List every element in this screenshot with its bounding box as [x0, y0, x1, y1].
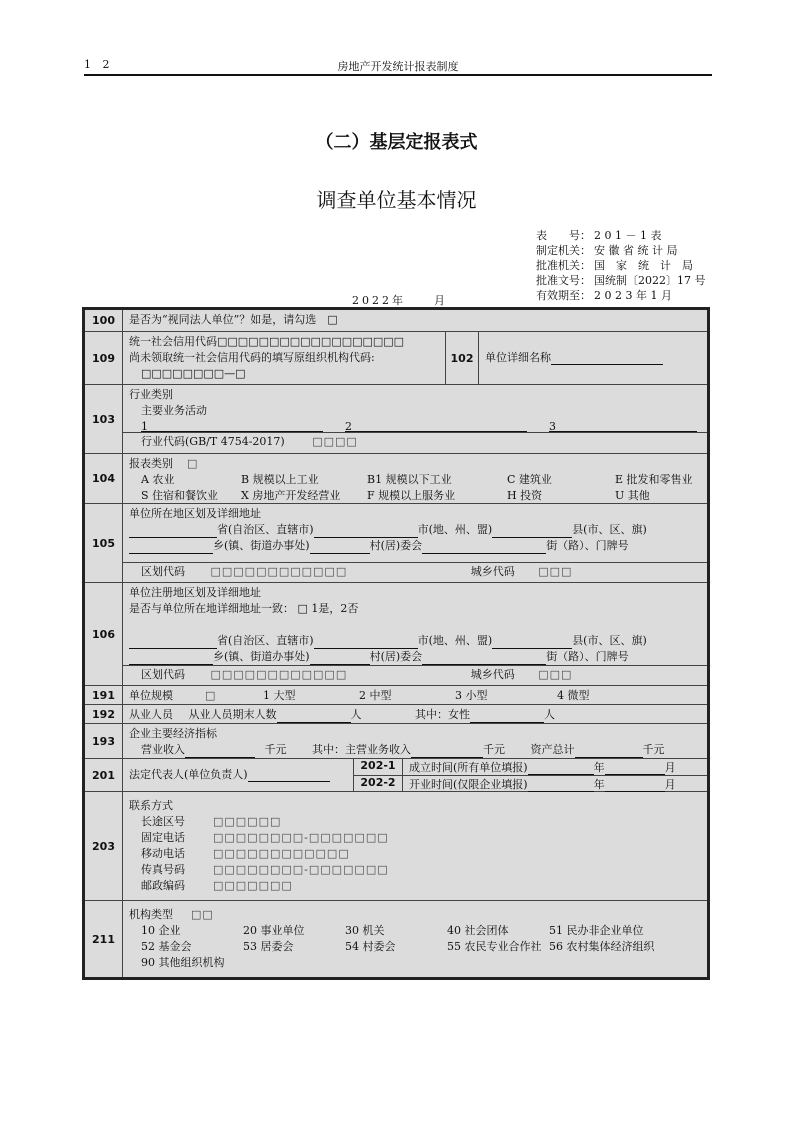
revenue-field[interactable] — [185, 745, 255, 758]
established-month-field[interactable] — [605, 762, 665, 775]
unit-scale-label: 单位规模 — [129, 688, 205, 702]
mobile-field[interactable]: □□□□□□□□□□□□ — [213, 847, 350, 860]
opening-label: 开业时间(仅限企业填报) — [409, 778, 528, 791]
street-label: 街（路）、门牌号 — [546, 650, 629, 663]
row-code: 211 — [85, 901, 123, 977]
report-type-option: U 其他 — [615, 488, 701, 504]
report-type-option: X 房地产开发经营业 — [241, 488, 367, 504]
unit-name-field[interactable] — [551, 352, 663, 365]
opening-month-field[interactable] — [605, 779, 665, 792]
section-title: （二）基层定报表式 — [0, 128, 793, 154]
row-203: 203 联系方式 长途区号□□□□□□ 固定电话□□□□□□□□-□□□□□□□… — [85, 792, 707, 901]
city-label: 市(地、州、盟) — [418, 634, 493, 647]
row-109: 109 统一社会信用代码□□□□□□□□□□□□□□□□□□ 尚未领取统一社会信… — [85, 332, 707, 385]
unit-scale-field[interactable]: □ — [205, 688, 263, 702]
report-date: 2022年 月 — [352, 292, 448, 308]
village-label: 村(居)委会 — [370, 650, 423, 663]
row-code: 109 — [85, 332, 123, 384]
year-label: 年 — [594, 778, 605, 791]
meta-issuer: 制定机关：安 徽 省 统 计 局 — [536, 243, 706, 258]
province-label: 省(自治区、直辖市) — [217, 523, 314, 536]
row-104: 104 报表类别□ A 农业 B 规模以上工业 B1 规模以下工业 C 建筑业 … — [85, 454, 707, 504]
org-code-field[interactable]: □□□□□□□□—□ — [129, 366, 439, 382]
long-distance-code-field[interactable]: □□□□□□ — [213, 815, 281, 828]
month-label: 月 — [665, 761, 676, 774]
meta-approval-no: 批准文号：国统制〔2022〕17 号 — [536, 273, 706, 288]
established-label: 成立时间(所有单位填报) — [409, 761, 528, 774]
legal-rep-field[interactable] — [248, 769, 330, 782]
location-title: 单位所在地区划及详细地址 — [129, 506, 701, 522]
county-label: 县(市、区、旗) — [572, 523, 647, 536]
row-code: 104 — [85, 454, 123, 503]
activity-1-field[interactable]: 1 — [141, 419, 323, 432]
year-label: 年 — [594, 761, 605, 774]
female-count-label: 其中：女性 — [415, 708, 470, 721]
org-type-option: 10 企业 — [141, 923, 243, 939]
row-105: 105 单位所在地区划及详细地址 省(自治区、直辖市)市(地、州、盟)县(市、区… — [85, 504, 707, 583]
legal-rep-label: 法定代表人(单位负责人) — [129, 767, 248, 783]
main-activity-label: 主要业务活动 — [129, 403, 701, 419]
area-code-label: 区划代码 — [141, 565, 185, 578]
economic-indicators-title: 企业主要经济指标 — [129, 726, 701, 742]
opening-year-field[interactable] — [528, 779, 594, 792]
row-211: 211 机构类型□□ 10 企业 20 事业单位 30 机关 40 社会团体 5… — [85, 901, 707, 977]
org-type-option: 40 社会团体 — [447, 923, 549, 939]
row-code: 193 — [85, 724, 123, 758]
org-type-option: 55 农民专业合作社 — [447, 939, 549, 955]
scale-option: 2 中型 — [359, 688, 455, 702]
survey-form-table: 100 是否为“视同法人单位”？如是，请勾选 □ 109 统一社会信用代码□□□… — [82, 307, 710, 980]
mobile-label: 移动电话 — [141, 846, 213, 862]
row-193: 193 企业主要经济指标 营业收入 千元 其中：主营业务收入千元 资产总计千元 — [85, 724, 707, 759]
row-code: 201 — [85, 759, 123, 791]
unit-label: 千元 — [265, 743, 287, 756]
employee-count-field[interactable] — [277, 710, 351, 723]
village-field[interactable] — [310, 541, 370, 554]
assets-label: 资产总计 — [531, 743, 575, 756]
row-code: 203 — [85, 792, 123, 900]
form-meta: 表 号：2 0 1 － 1 表 制定机关：安 徽 省 统 计 局 批准机关：国 … — [536, 228, 706, 303]
row-191: 191 单位规模 □ 1 大型 2 中型 3 小型 4 微型 — [85, 686, 707, 705]
row-code: 102 — [446, 332, 479, 384]
city-field[interactable] — [314, 525, 418, 538]
row-code: 192 — [85, 705, 123, 723]
county-label: 县(市、区、旗) — [572, 634, 647, 647]
meta-valid-until: 有效期至：2 0 2 3 年 1 月 — [536, 288, 706, 303]
contact-title: 联系方式 — [129, 798, 701, 814]
activity-3-field[interactable]: 3 — [549, 419, 697, 432]
meta-approver: 批准机关：国 家 统 计 局 — [536, 258, 706, 273]
org-type-option: 52 基金会 — [141, 939, 243, 955]
area-code-field[interactable]: □□□□□□□□□□□□ — [211, 565, 348, 578]
unit-label: 人 — [351, 708, 362, 721]
established-year-field[interactable] — [528, 762, 594, 775]
reg-urban-code-field[interactable]: □□□ — [538, 668, 572, 681]
org-type-option: 30 机关 — [345, 923, 447, 939]
page-header: 1 2 房地产开发统计报表制度 — [84, 58, 712, 76]
row-192: 192 从业人员 从业人员期末人数人 其中：女性人 — [85, 705, 707, 724]
row-code: 106 — [85, 583, 123, 685]
row-201: 201 法定代表人(单位负责人) 202-1 成立时间(所有单位填报)年月 20… — [85, 759, 707, 792]
reg-area-code-field[interactable]: □□□□□□□□□□□□ — [211, 668, 348, 681]
area-code-label: 区划代码 — [141, 668, 185, 681]
town-label: 乡(镇、街道办事处) — [213, 650, 310, 663]
row-code: 100 — [85, 310, 123, 331]
report-type-option: B 规模以上工业 — [241, 472, 367, 488]
fax-field[interactable]: □□□□□□□□-□□□□□□□ — [213, 863, 389, 876]
legal-unit-checkbox[interactable]: 是否为“视同法人单位”？如是，请勾选 □ — [123, 310, 707, 331]
meta-form-number: 表 号：2 0 1 － 1 表 — [536, 228, 706, 243]
report-type-option: A 农业 — [141, 472, 241, 488]
report-type-option: C 建筑业 — [507, 472, 615, 488]
village-label: 村(居)委会 — [370, 539, 423, 552]
urban-code-field[interactable]: □□□ — [538, 565, 572, 578]
province-label: 省(自治区、直辖市) — [217, 634, 314, 647]
street-label: 街（路）、门牌号 — [546, 539, 629, 552]
report-type-option: F 规模以上服务业 — [367, 488, 507, 504]
county-field[interactable] — [492, 525, 572, 538]
assets-field[interactable] — [575, 745, 643, 758]
report-type-option: E 批发和零售业 — [615, 472, 701, 488]
reg-city-field[interactable] — [314, 636, 418, 649]
female-count-field[interactable] — [470, 710, 544, 723]
unit-label: 人 — [544, 708, 555, 721]
registered-address-title: 单位注册地区划及详细地址 — [129, 585, 701, 601]
report-type-field[interactable]: □ — [187, 457, 198, 470]
activity-2-field[interactable]: 2 — [345, 419, 527, 432]
report-type-option: H 投资 — [507, 488, 615, 504]
credit-code-field[interactable]: 统一社会信用代码□□□□□□□□□□□□□□□□□□ — [129, 334, 439, 350]
reg-town-field[interactable] — [129, 652, 213, 665]
town-label: 乡(镇、街道办事处) — [213, 539, 310, 552]
org-type-option: 53 居委会 — [243, 939, 345, 955]
unit-name-label: 单位详细名称 — [485, 350, 551, 366]
reg-county-field[interactable] — [492, 636, 572, 649]
landline-field[interactable]: □□□□□□□□-□□□□□□□ — [213, 831, 389, 844]
row-106: 106 单位注册地区划及详细地址 是否与单位所在地详细地址一致： □ 1是，2否… — [85, 583, 707, 686]
scale-option: 3 小型 — [455, 688, 557, 702]
month-label: 月 — [665, 778, 676, 791]
org-type-title: 机构类型 — [129, 908, 173, 921]
main-revenue-label: 其中：主营业务收入 — [312, 743, 411, 756]
reg-province-field[interactable] — [129, 636, 217, 649]
reg-street-field[interactable] — [422, 652, 546, 665]
industry-code-label: 行业代码(GB/T 4754-2017) — [141, 435, 285, 448]
unit-label: 千元 — [483, 743, 505, 756]
reg-village-field[interactable] — [310, 652, 370, 665]
scale-option: 4 微型 — [557, 688, 590, 702]
scale-option: 1 大型 — [263, 688, 359, 702]
report-type-option: B1 规模以下工业 — [367, 472, 507, 488]
org-type-option: 90 其他组织机构 — [141, 955, 243, 971]
industry-code-field[interactable]: □□□□ — [312, 435, 358, 448]
org-code-label: 尚未领取统一社会信用代码的填写原组织机构代码: — [129, 350, 439, 366]
row-code: 202-2 — [354, 776, 403, 792]
urban-code-label: 城乡代码 — [471, 565, 515, 578]
form-title: 调查单位基本情况 — [0, 184, 793, 213]
org-type-option: 56 农村集体经济组织 — [549, 939, 701, 955]
urban-code-label: 城乡代码 — [471, 668, 515, 681]
main-revenue-field[interactable] — [411, 745, 483, 758]
report-type-title: 报表类别 — [129, 457, 173, 470]
landline-label: 固定电话 — [141, 830, 213, 846]
row-code: 191 — [85, 686, 123, 704]
area-code-label: 长途区号 — [141, 814, 213, 830]
employee-count-label: 从业人员期末人数 — [189, 708, 277, 721]
industry-title: 行业类别 — [129, 387, 701, 403]
org-type-option: 54 村委会 — [345, 939, 447, 955]
row-code: 103 — [85, 385, 123, 453]
same-address-checkbox[interactable]: 是否与单位所在地详细地址一致： □ 1是，2否 — [129, 601, 701, 617]
city-label: 市(地、州、盟) — [418, 523, 493, 536]
fax-label: 传真号码 — [141, 862, 213, 878]
org-type-option: 51 民办非企业单位 — [549, 923, 701, 939]
revenue-label: 营业收入 — [141, 743, 185, 756]
town-field[interactable] — [129, 541, 213, 554]
document-title: 房地产开发统计报表制度 — [84, 58, 712, 74]
postal-code-label: 邮政编码 — [141, 878, 213, 894]
street-field[interactable] — [422, 541, 546, 554]
row-103: 103 行业类别 主要业务活动 1 2 3 行业代码(GB/T 4754-201… — [85, 385, 707, 454]
postal-code-field[interactable]: □□□□□□□ — [213, 879, 293, 892]
org-type-option: 20 事业单位 — [243, 923, 345, 939]
unit-label: 千元 — [643, 743, 665, 756]
row-code: 105 — [85, 504, 123, 582]
report-type-option: S 住宿和餐饮业 — [141, 488, 241, 504]
org-type-field[interactable]: □□ — [191, 908, 214, 921]
province-field[interactable] — [129, 525, 217, 538]
employees-label: 从业人员 — [129, 708, 173, 721]
row-code: 202-1 — [354, 759, 403, 775]
row-100: 100 是否为“视同法人单位”？如是，请勾选 □ — [85, 310, 707, 332]
